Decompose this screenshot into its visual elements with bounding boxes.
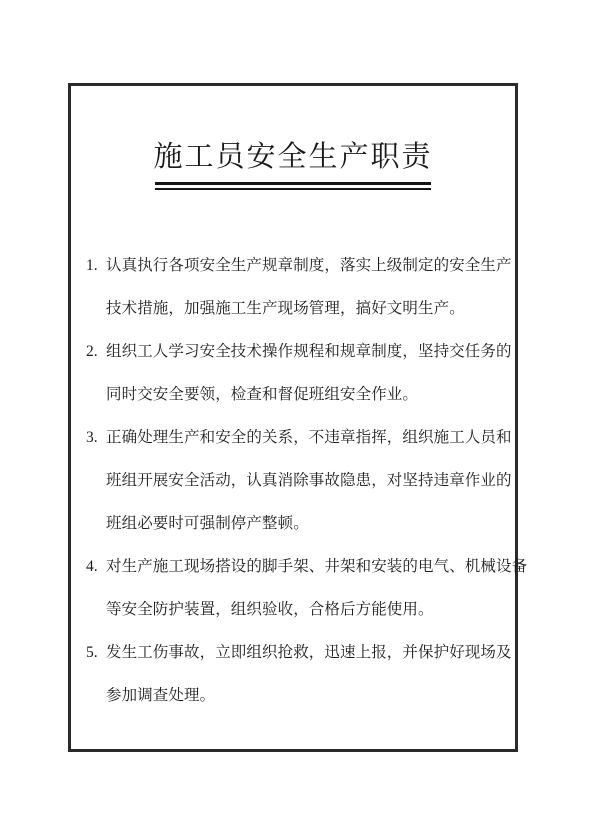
duty-item-lines: 认真执行各项安全生产规章制度，落实上级制定的安全生产技术措施，加强施工生产现场管… [106,244,511,330]
duty-item-lines: 对生产施工现场搭设的脚手架、井架和安装的电气、机械设备等安全防护装置，组织验收，… [106,545,511,631]
duty-item-line: 组织工人学习安全技术操作规程和规章制度，坚持交任务的 [106,330,511,373]
document-title: 施工员安全生产职责 [153,140,432,174]
duty-item-line: 参加调查处理。 [106,674,511,717]
title-block: 施工员安全生产职责 [71,140,515,190]
duty-item-number: 1. [86,244,98,287]
scanned-document-page: 施工员安全生产职责 1. 认真执行各项安全生产规章制度，落实上级制定的安全生产技… [0,0,590,835]
duty-item: 4. 对生产施工现场搭设的脚手架、井架和安装的电气、机械设备等安全防护装置，组织… [71,545,515,631]
duty-item-number: 3. [86,416,98,459]
duty-item: 2. 组织工人学习安全技术操作规程和规章制度，坚持交任务的同时交安全要领，检查和… [71,330,515,416]
duty-item-number: 4. [86,545,98,588]
duty-item-line: 认真执行各项安全生产规章制度，落实上级制定的安全生产 [106,244,511,287]
duty-item-line: 班组必要时可强制停产整顿。 [106,502,511,545]
duty-item-line: 等安全防护装置，组织验收，合格后方能使用。 [106,588,511,631]
duty-item-line: 发生工伤事故，立即组织抢救，迅速上报，并保护好现场及 [106,631,511,674]
document-frame: 施工员安全生产职责 1. 认真执行各项安全生产规章制度，落实上级制定的安全生产技… [68,83,518,752]
duty-list: 1. 认真执行各项安全生产规章制度，落实上级制定的安全生产技术措施，加强施工生产… [71,244,515,717]
duty-item-lines: 正确处理生产和安全的关系，不违章指挥，组织施工人员和班组开展安全活动，认真消除事… [106,416,511,545]
title-underline-thick-rule [155,182,431,185]
duty-item-line: 技术措施，加强施工生产现场管理，搞好文明生产。 [106,287,511,330]
duty-item-line: 正确处理生产和安全的关系，不违章指挥，组织施工人员和 [106,416,511,459]
title-underline [155,182,431,190]
duty-item-lines: 组织工人学习安全技术操作规程和规章制度，坚持交任务的同时交安全要领，检查和督促班… [106,330,511,416]
duty-item-line: 班组开展安全活动，认真消除事故隐患，对坚持违章作业的 [106,459,511,502]
duty-item-line: 对生产施工现场搭设的脚手架、井架和安装的电气、机械设备 [106,545,511,588]
duty-item: 5. 发生工伤事故，立即组织抢救，迅速上报，并保护好现场及参加调查处理。 [71,631,515,717]
title-underline-thin-rule [155,188,431,190]
duty-item-lines: 发生工伤事故，立即组织抢救，迅速上报，并保护好现场及参加调查处理。 [106,631,511,717]
duty-item: 1. 认真执行各项安全生产规章制度，落实上级制定的安全生产技术措施，加强施工生产… [71,244,515,330]
duty-item-number: 2. [86,330,98,373]
duty-item-number: 5. [86,631,98,674]
duty-item-line: 同时交安全要领，检查和督促班组安全作业。 [106,373,511,416]
duty-item: 3. 正确处理生产和安全的关系，不违章指挥，组织施工人员和班组开展安全活动，认真… [71,416,515,545]
